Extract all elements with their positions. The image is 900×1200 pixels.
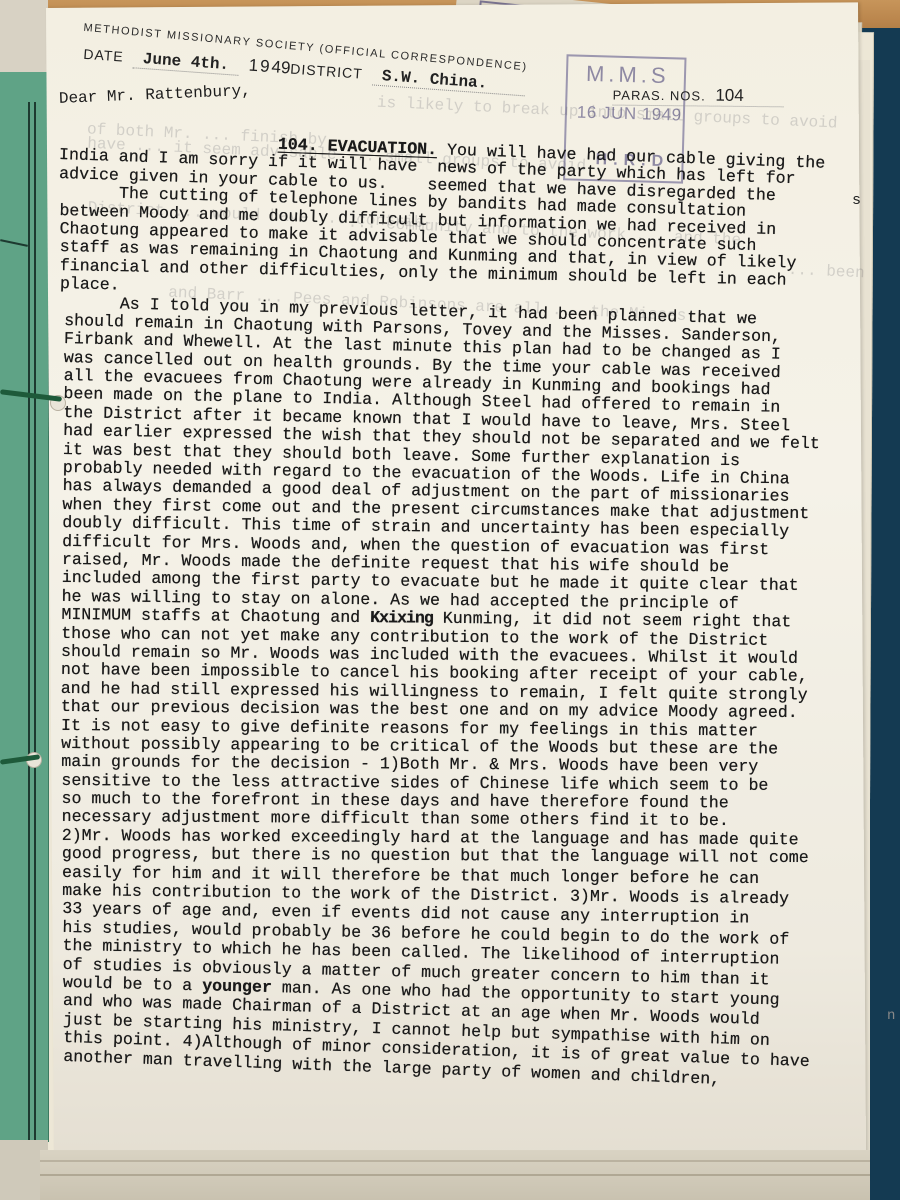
paras-value: 104	[715, 86, 744, 105]
green-folder	[0, 72, 49, 1142]
date-field: June 4th.	[133, 49, 240, 76]
folder-rule	[28, 102, 30, 1142]
folder-rule	[34, 102, 36, 1142]
margin-mark: s	[852, 192, 861, 209]
paragraph-numbers: PARAS. NOS. 104	[613, 85, 784, 108]
salutation: Dear Mr. Rattenbury,	[59, 82, 252, 108]
year-prefix: 19	[248, 56, 272, 77]
letter-body: 104. EVACUATION. You will have had our c…	[57, 122, 864, 1065]
letter-sheet: METHODIST MISSIONARY SOCIETY (OFFICIAL C…	[46, 2, 866, 1186]
date-value: June 4th.	[142, 50, 229, 74]
line-text: place.	[60, 274, 120, 294]
folder-rule	[0, 239, 28, 247]
district-label: DISTRICT	[290, 61, 364, 82]
left-paper-edge	[0, 0, 48, 80]
margin-mark: n	[887, 1008, 895, 1024]
overtyped-word: younger	[202, 976, 272, 997]
date-label: DATE	[83, 46, 124, 65]
year-suffix: 49	[271, 57, 291, 77]
overtyped-word: Kxixing	[370, 608, 433, 628]
stacked-sheets-bottom	[40, 1150, 870, 1200]
paras-label: PARAS. NOS.	[613, 88, 706, 104]
district-value: S.W. China.	[381, 67, 488, 93]
